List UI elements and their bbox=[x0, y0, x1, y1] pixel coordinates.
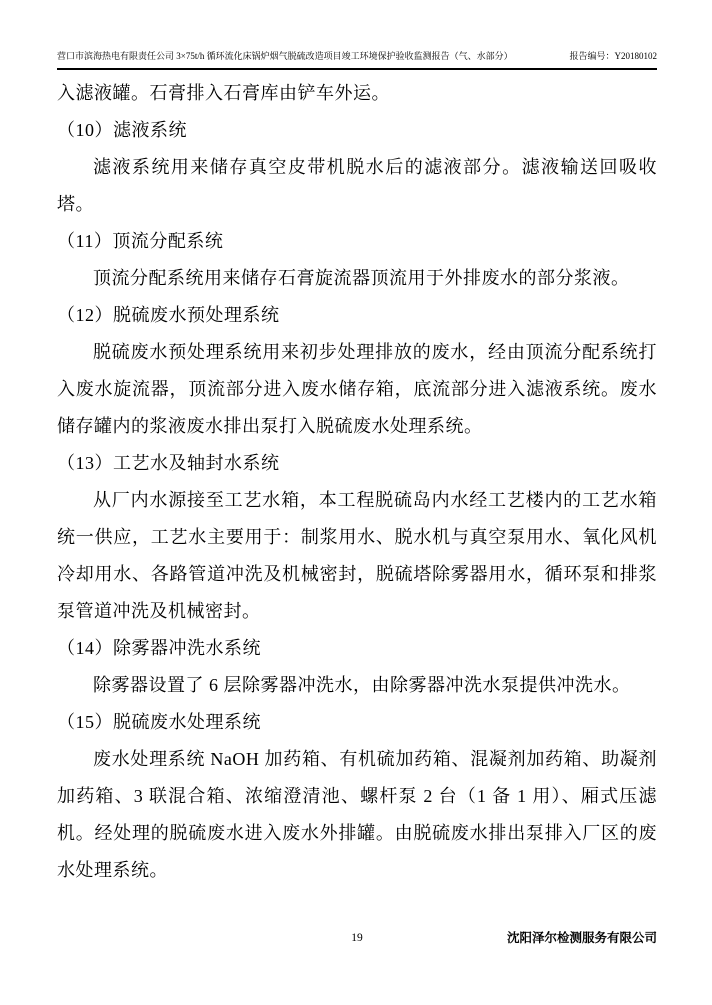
section-heading-10: （10）滤液系统 bbox=[57, 112, 657, 149]
page-header: 营口市滨海热电有限责任公司 3×75t/h 循环流化床锅炉烟气脱硫改造项目竣工环… bbox=[57, 50, 657, 70]
section-heading-14: （14）除雾器冲洗水系统 bbox=[57, 630, 657, 667]
section-heading-15: （15）脱硫废水处理系统 bbox=[57, 704, 657, 741]
document-body: 入滤液罐。石膏排入石膏库由铲车外运。 （10）滤液系统 滤液系统用来储存真空皮带… bbox=[57, 75, 657, 889]
header-title: 营口市滨海热电有限责任公司 3×75t/h 循环流化床锅炉烟气脱硫改造项目竣工环… bbox=[57, 50, 556, 63]
section-paragraph-11: 顶流分配系统用来储存石膏旋流器顶流用于外排废水的部分浆液。 bbox=[57, 260, 657, 297]
footer-company-name: 沈阳泽尔检测服务有限公司 bbox=[507, 928, 657, 948]
document-page: 营口市滨海热电有限责任公司 3×75t/h 循环流化床锅炉烟气脱硫改造项目竣工环… bbox=[0, 0, 712, 1005]
section-paragraph-12: 脱硫废水预处理系统用来初步处理排放的废水，经由顶流分配系统打入废水旋流器，顶流部… bbox=[57, 334, 657, 445]
section-paragraph-10: 滤液系统用来储存真空皮带机脱水后的滤液部分。滤液输送回吸收塔。 bbox=[57, 149, 657, 223]
page-footer: 19 沈阳泽尔检测服务有限公司 bbox=[57, 928, 657, 948]
section-heading-13: （13）工艺水及轴封水系统 bbox=[57, 445, 657, 482]
body-continuation-line: 入滤液罐。石膏排入石膏库由铲车外运。 bbox=[57, 75, 657, 112]
section-paragraph-15: 废水处理系统 NaOH 加药箱、有机硫加药箱、混凝剂加药箱、助凝剂加药箱、3 联… bbox=[57, 741, 657, 889]
header-report-number: 报告编号：Y20180102 bbox=[570, 50, 658, 63]
section-heading-12: （12）脱硫废水预处理系统 bbox=[57, 297, 657, 334]
section-paragraph-14: 除雾器设置了 6 层除雾器冲洗水，由除雾器冲洗水泵提供冲洗水。 bbox=[57, 667, 657, 704]
section-paragraph-13: 从厂内水源接至工艺水箱，本工程脱硫岛内水经工艺楼内的工艺水箱统一供应，工艺水主要… bbox=[57, 482, 657, 630]
section-heading-11: （11）顶流分配系统 bbox=[57, 223, 657, 260]
